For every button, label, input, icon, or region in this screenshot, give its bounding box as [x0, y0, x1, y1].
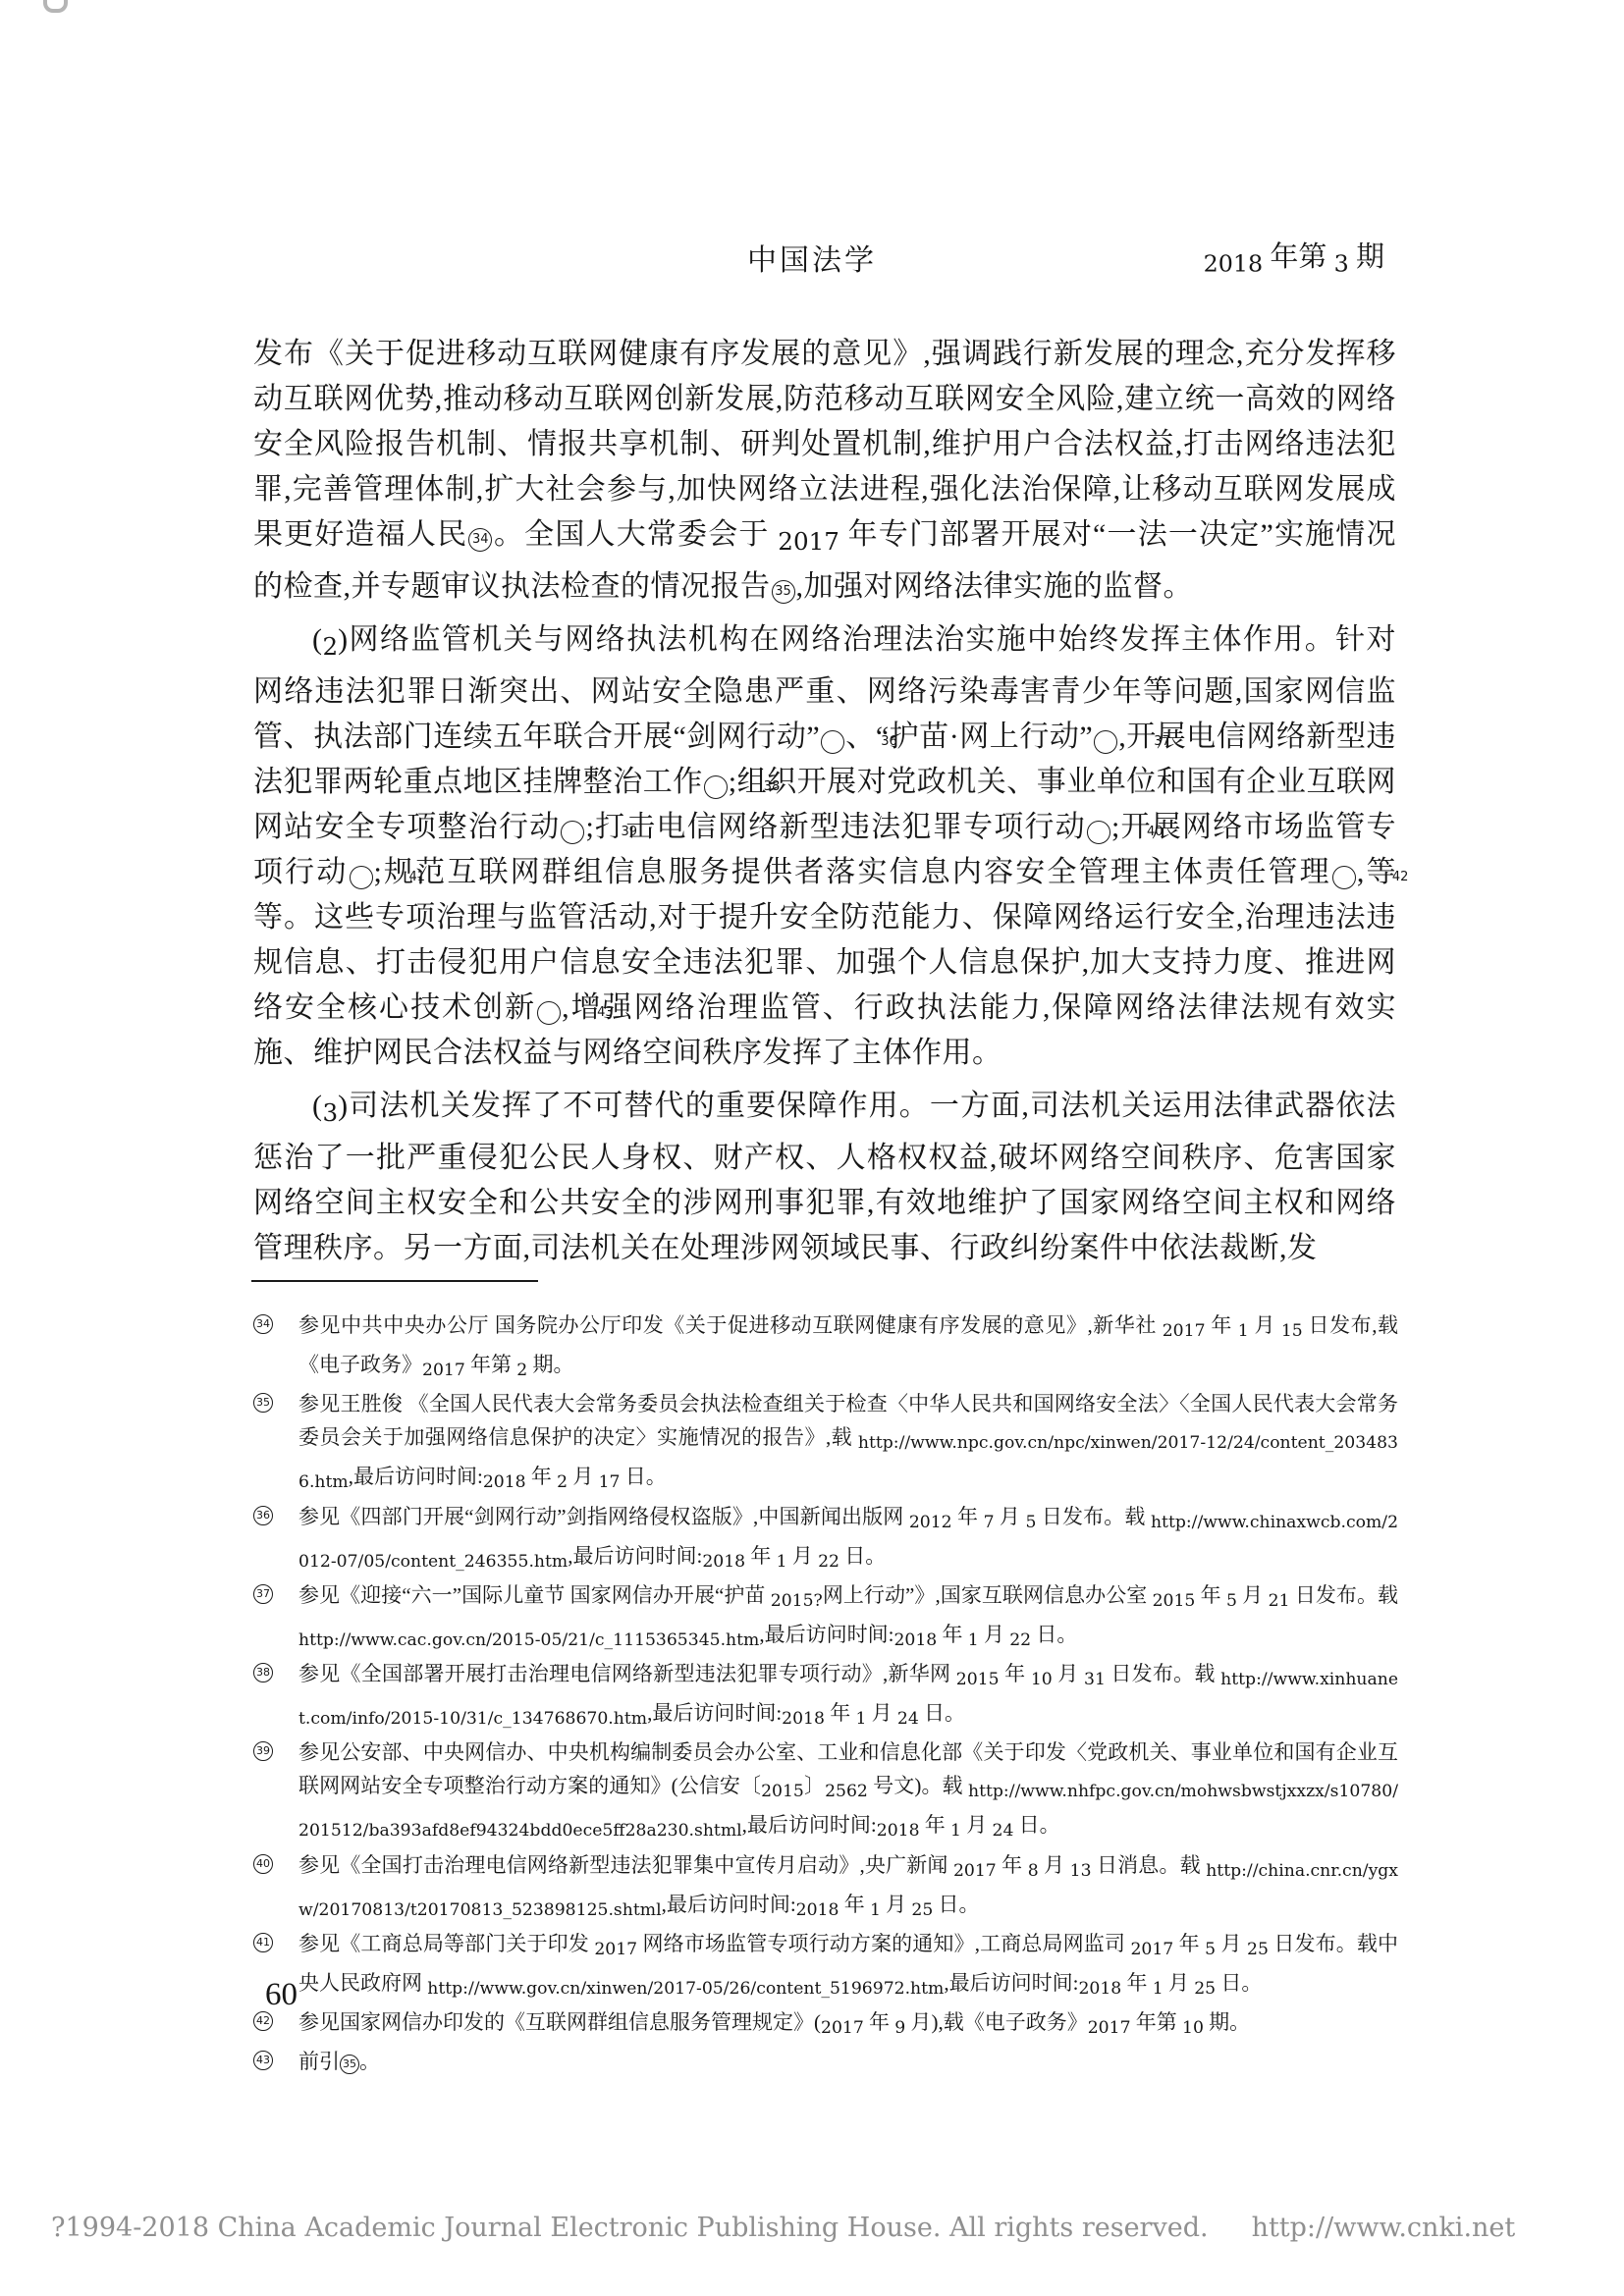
scan-artifact-mark	[43, 0, 68, 13]
footnote-ref-circle: 42	[1332, 866, 1356, 889]
footnote-ref-circle: 43	[537, 1001, 561, 1025]
footnote-text: 参见《全国部署开展打击治理电信网络新型违法犯罪专项行动》,新华网 2015 年 …	[298, 1662, 1398, 1725]
footnote-ref-circle: 35	[340, 2055, 359, 2074]
body-paragraph: (2)网络监管机关与网络执法机构在网络治理法治实施中始终发挥主体作用。针对网络违…	[253, 617, 1396, 1076]
footnote-text: 参见《工商总局等部门关于印发 2017 网络市场监管专项行动方案的通知》,工商总…	[298, 1932, 1398, 1995]
copyright-text: ?1994-2018 China Academic Journal Electr…	[51, 2213, 1209, 2243]
footnote-item: 37 参见《迎接“六一”国际儿童节 国家网信办开展“护苗 2015?网上行动”》…	[253, 1578, 1398, 1657]
footnote-number-circle: 34	[253, 1314, 273, 1334]
footnote-text: 参见中共中央办公厅 国务院办公厅印发《关于促进移动互联网健康有序发展的意见》,新…	[298, 1313, 1398, 1376]
footnote-number-circle: 36	[253, 1506, 273, 1525]
footnote-item: 40 参见《全国打击治理电信网络新型违法犯罪集中宣传月启动》,央广新闻 2017…	[253, 1848, 1398, 1927]
footnote-item: 38 参见《全国部署开展打击治理电信网络新型违法犯罪专项行动》,新华网 2015…	[253, 1657, 1398, 1735]
footnote-text: 参见《迎接“六一”国际儿童节 国家网信办开展“护苗 2015?网上行动”》,国家…	[298, 1583, 1398, 1646]
footnote-number-circle: 38	[253, 1663, 273, 1682]
footnote-text: 参见《四部门开展“剑网行动”剑指网络侵权盗版》,中国新闻出版网 2012 年 7…	[298, 1505, 1398, 1568]
footnote-item: 36 参见《四部门开展“剑网行动”剑指网络侵权盗版》,中国新闻出版网 2012 …	[253, 1500, 1398, 1578]
footnote-item: 43 前引35。	[253, 2045, 1398, 2078]
footnote-ref-circle: 37	[1094, 730, 1117, 754]
footnote-number-circle: 39	[253, 1741, 273, 1761]
body-text: 发布《关于促进移动互联网健康有序发展的意见》,强调践行新发展的理念,充分发挥移动…	[253, 332, 1396, 1271]
footnote-item: 42 参见国家网信办印发的《互联网群组信息服务管理规定》(2017 年 9 月)…	[253, 2005, 1398, 2045]
footnote-number-circle: 41	[253, 1933, 273, 1952]
footnote-item: 41 参见《工商总局等部门关于印发 2017 网络市场监管专项行动方案的通知》,…	[253, 1927, 1398, 2005]
footnote-number-circle: 35	[253, 1393, 273, 1413]
footnote-ref-circle: 38	[704, 775, 728, 799]
footnote-number-circle: 42	[253, 2011, 273, 2031]
footnotes-section: 34 参见中共中央办公厅 国务院办公厅印发《关于促进移动互联网健康有序发展的意见…	[253, 1308, 1398, 2078]
footnote-text: 前引35。	[298, 2050, 380, 2073]
issue-label: 2018 年第 3 期	[1204, 235, 1384, 278]
footnote-text: 参见王胜俊 《全国人民代表大会常务委员会执法检查组关于检查〈中华人民共和国网络安…	[298, 1392, 1398, 1488]
footnote-item: 35 参见王胜俊 《全国人民代表大会常务委员会执法检查组关于检查〈中华人民共和国…	[253, 1387, 1398, 1499]
footnote-ref-circle: 39	[561, 821, 584, 844]
footnote-ref-circle: 34	[468, 528, 492, 552]
cnki-url: http://www.cnki.net	[1252, 2213, 1516, 2243]
footnote-ref-circle: 41	[350, 866, 373, 889]
footnote-text: 参见公安部、中央网信办、中央机构编制委员会办公室、工业和信息化部《关于印发〈党政…	[298, 1740, 1398, 1837]
footnote-number-circle: 37	[253, 1584, 273, 1604]
footnote-item: 39 参见公安部、中央网信办、中央机构编制委员会办公室、工业和信息化部《关于印发…	[253, 1735, 1398, 1847]
footnote-text: 参见国家网信办印发的《互联网群组信息服务管理规定》(2017 年 9 月),载《…	[298, 2010, 1250, 2034]
footnote-number-circle: 43	[253, 2051, 273, 2070]
footnote-ref-circle: 36	[821, 730, 844, 754]
body-paragraph: 发布《关于促进移动互联网健康有序发展的意见》,强调践行新发展的理念,充分发挥移动…	[253, 332, 1396, 610]
page-number: 60	[265, 1977, 298, 2013]
footer-copyright-line: ?1994-2018 China Academic Journal Electr…	[51, 2213, 1515, 2243]
body-paragraph: (3)司法机关发挥了不可替代的重要保障作用。一方面,司法机关运用法律武器依法惩治…	[253, 1084, 1396, 1271]
footnote-ref-circle: 35	[772, 580, 795, 604]
footnote-item: 34 参见中共中央办公厅 国务院办公厅印发《关于促进移动互联网健康有序发展的意见…	[253, 1308, 1398, 1387]
footnote-text: 参见《全国打击治理电信网络新型违法犯罪集中宣传月启动》,央广新闻 2017 年 …	[298, 1853, 1398, 1916]
footnote-divider	[251, 1280, 538, 1282]
footnote-number-circle: 40	[253, 1854, 273, 1874]
footnote-ref-circle: 40	[1087, 821, 1110, 844]
